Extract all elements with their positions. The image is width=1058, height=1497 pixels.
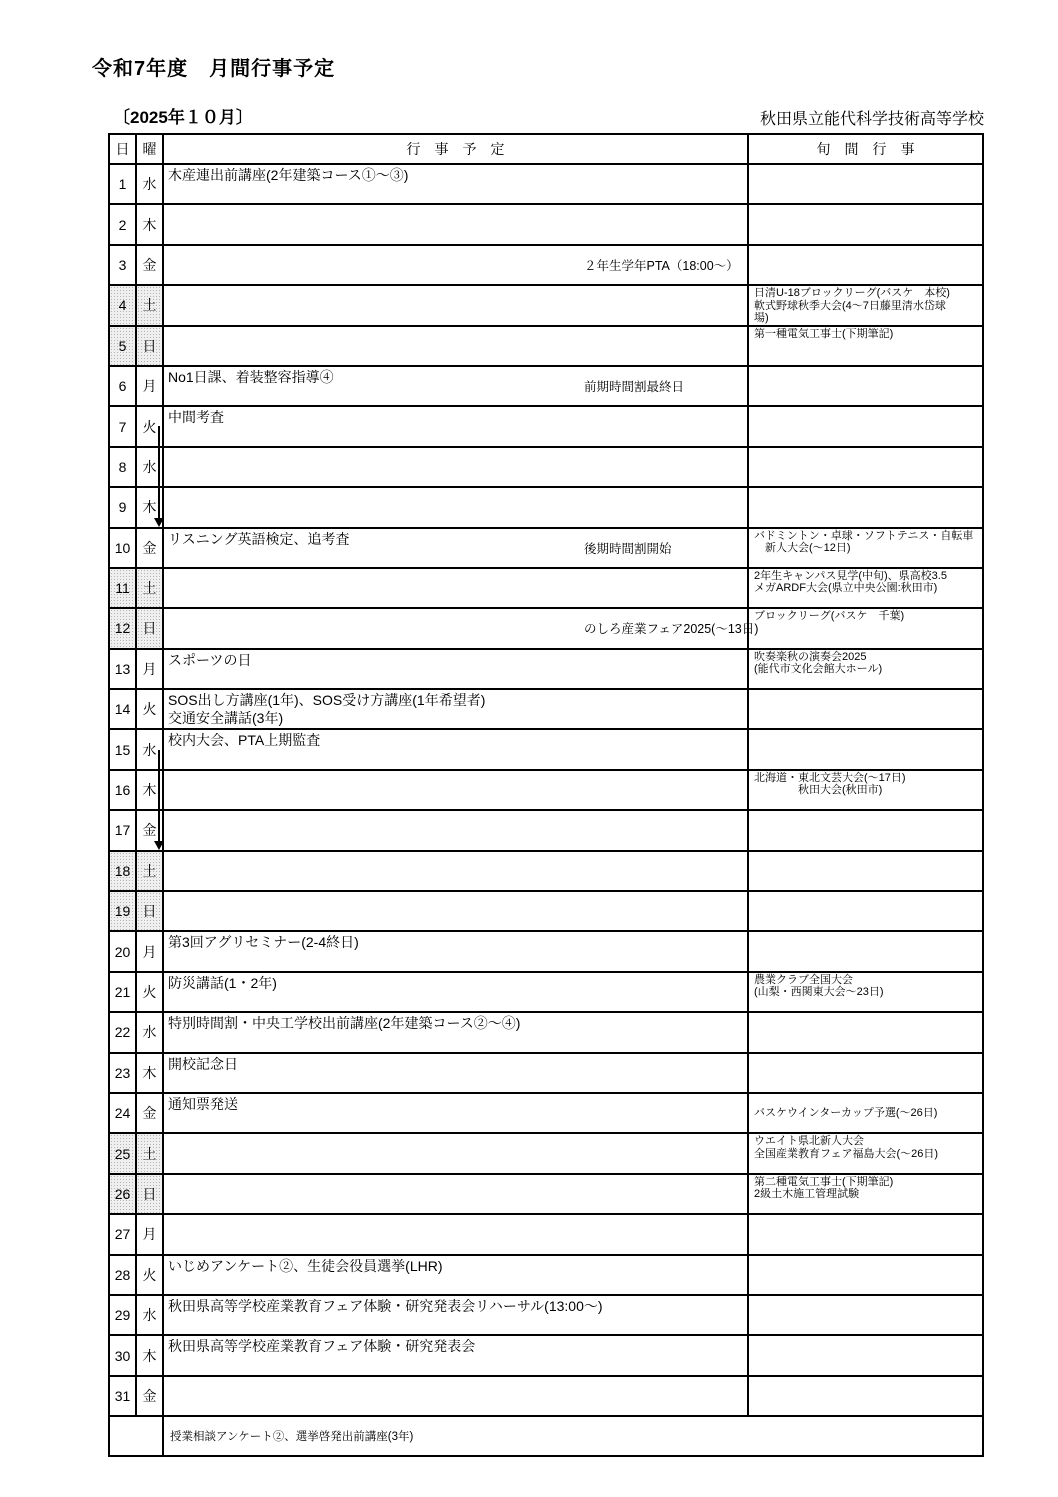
event-line: 防災講話(1・2年) xyxy=(168,974,745,992)
period-event-cell: 第一種電気工事士(下期筆記) xyxy=(749,327,982,365)
table-row: 19日 xyxy=(110,892,982,932)
event-text: 校内大会、PTA上期監査 xyxy=(164,730,747,749)
weekday-cell: 日 xyxy=(137,609,164,647)
weekday-cell: 月 xyxy=(137,1215,164,1253)
period-event-line: 軟式野球秋季大会(4～7日藤里清水岱球 xyxy=(754,300,980,312)
weekday-cell: 火 xyxy=(137,1256,164,1294)
period-event-line: 2年生キャンパス見学(中旬)、県高校3.5 xyxy=(754,570,980,582)
schedule-table: 日 曜 行 事 予 定 旬 間 行 事 1水木産連出前講座(2年建築コース①～③… xyxy=(108,133,984,1457)
period-event-line xyxy=(754,1095,980,1107)
event-cell xyxy=(164,1175,749,1213)
day-cell: 18 xyxy=(110,852,137,890)
event-note: 前期時間割最終日 xyxy=(584,377,684,395)
table-row: 17金 xyxy=(110,811,982,851)
event-line: 校内大会、PTA上期監査 xyxy=(168,731,745,749)
period-event-cell xyxy=(749,1377,982,1415)
day-cell: 25 xyxy=(110,1134,137,1172)
table-row: 23木開校記念日 xyxy=(110,1054,982,1094)
event-line: いじめアンケート②、生徒会役員選挙(LHR) xyxy=(168,1257,745,1275)
event-cell xyxy=(164,1134,749,1172)
event-text: 防災講話(1・2年) xyxy=(164,973,747,992)
weekday-cell: 水 xyxy=(137,1013,164,1051)
weekday-cell: 土 xyxy=(137,286,164,324)
table-row: 18土 xyxy=(110,852,982,892)
table-row: 5日第一種電気工事士(下期筆記) xyxy=(110,327,982,367)
period-event-line: メガARDF大会(県立中央公園:秋田市) xyxy=(754,582,980,594)
event-cell: SOS出し方講座(1年)、SOS受け方講座(1年希望者)交通安全講話(3年) xyxy=(164,690,749,728)
weekday-cell: 木 xyxy=(137,488,164,526)
weekday-cell: 火 xyxy=(137,973,164,1011)
period-event-cell: ブロックリーグ(バスケ 千葉) xyxy=(749,609,982,647)
footer-note: 授業相談アンケート②、選挙啓発出前講座(3年) xyxy=(164,1417,982,1455)
table-row: 26日第二種電気工事士(下期筆記)2級土木施工管理試験 xyxy=(110,1175,982,1215)
day-cell: 20 xyxy=(110,932,137,970)
table-row: 1水木産連出前講座(2年建築コース①～③) xyxy=(110,165,982,205)
event-note: 後期時間割開始 xyxy=(584,539,672,557)
event-cell xyxy=(164,448,749,486)
period-event-line: 日清U-18ブロックリーグ(バスケ 本校) xyxy=(754,287,980,299)
period-event-text: 第二種電気工事士(下期筆記)2級土木施工管理試験 xyxy=(749,1175,982,1201)
event-line: 中間考査 xyxy=(168,408,745,426)
table-row: 20月第3回アグリセミナー(2-4終日) xyxy=(110,932,982,972)
period-event-line: 第一種電気工事士(下期筆記) xyxy=(754,328,980,340)
event-cell: 木産連出前講座(2年建築コース①～③) xyxy=(164,165,749,203)
day-cell: 2 xyxy=(110,205,137,243)
day-cell: 13 xyxy=(110,650,137,688)
period-event-line: (能代市文化会館大ホール) xyxy=(754,663,980,675)
period-event-cell xyxy=(749,811,982,849)
period-event-line: ウエイト県北新人大会 xyxy=(754,1135,980,1147)
period-event-cell xyxy=(749,852,982,890)
table-row: 8水 xyxy=(110,448,982,488)
event-cell xyxy=(164,892,749,930)
table-row: 6月No1日課、着装整容指導④前期時間割最終日 xyxy=(110,367,982,407)
event-text: 通知票発送 xyxy=(164,1094,747,1113)
period-event-cell xyxy=(749,1296,982,1334)
event-line: 木産連出前講座(2年建築コース①～③) xyxy=(168,166,745,184)
event-note: ２年生学年PTA（18:00～） xyxy=(584,256,739,274)
period-event-cell xyxy=(749,932,982,970)
period-event-cell: バスケウインターカップ予選(～26日) xyxy=(749,1094,982,1132)
month-label: 〔2025年１０月〕 xyxy=(113,103,253,128)
event-cell: 開校記念日 xyxy=(164,1054,749,1092)
day-cell: 28 xyxy=(110,1256,137,1294)
period-event-line: ブロックリーグ(バスケ 千葉) xyxy=(754,610,980,622)
event-cell xyxy=(164,205,749,243)
weekday-cell: 火 xyxy=(137,690,164,728)
event-text: 第3回アグリセミナー(2-4終日) xyxy=(164,932,747,951)
event-text: スポーツの日 xyxy=(164,650,747,669)
day-cell: 30 xyxy=(110,1336,137,1374)
day-cell: 19 xyxy=(110,892,137,930)
table-row: 25土ウエイト県北新人大会全国産業教育フェア福島大会(～26日) xyxy=(110,1134,982,1174)
weekday-cell: 金 xyxy=(137,246,164,284)
period-event-line: 北海道・東北文芸大会(～17日) xyxy=(754,772,980,784)
period-event-cell: 吹奏楽秋の演奏会2025(能代市文化会館大ホール) xyxy=(749,650,982,688)
day-cell: 3 xyxy=(110,246,137,284)
weekday-cell: 日 xyxy=(137,327,164,365)
event-cell: 中間考査 xyxy=(164,407,749,445)
footer-left-cell xyxy=(110,1417,164,1455)
period-event-cell xyxy=(749,690,982,728)
event-note: のしろ産業フェア2025(～13日) xyxy=(584,619,758,637)
weekday-cell: 木 xyxy=(137,771,164,809)
event-cell xyxy=(164,1215,749,1253)
weekday-cell: 金 xyxy=(137,1377,164,1415)
event-line: 秋田県高等学校産業教育フェア体験・研究発表会リハーサル(13:00～) xyxy=(168,1297,745,1315)
day-cell: 11 xyxy=(110,569,137,607)
period-event-line: 農業クラブ全国大会 xyxy=(754,974,980,986)
weekday-cell: 月 xyxy=(137,367,164,405)
event-text: いじめアンケート②、生徒会役員選挙(LHR) xyxy=(164,1256,747,1275)
event-cell: スポーツの日 xyxy=(164,650,749,688)
period-event-cell xyxy=(749,892,982,930)
weekday-cell: 木 xyxy=(137,1054,164,1092)
table-row: 31金 xyxy=(110,1377,982,1417)
table-row: 11土2年生キャンパス見学(中旬)、県高校3.5メガARDF大会(県立中央公園:… xyxy=(110,569,982,609)
event-line: 特別時間割・中央工学校出前講座(2年建築コース②～④) xyxy=(168,1014,745,1032)
day-cell: 26 xyxy=(110,1175,137,1213)
day-cell: 10 xyxy=(110,529,137,567)
period-event-text: 2年生キャンパス見学(中旬)、県高校3.5メガARDF大会(県立中央公園:秋田市… xyxy=(749,569,982,595)
weekday-cell: 土 xyxy=(137,852,164,890)
weekday-cell: 日 xyxy=(137,892,164,930)
day-cell: 12 xyxy=(110,609,137,647)
period-event-cell xyxy=(749,205,982,243)
weekday-cell: 土 xyxy=(137,1134,164,1172)
table-header-row: 日 曜 行 事 予 定 旬 間 行 事 xyxy=(110,135,982,165)
day-cell: 24 xyxy=(110,1094,137,1132)
table-row: 4土日清U-18ブロックリーグ(バスケ 本校)軟式野球秋季大会(4～7日藤里清水… xyxy=(110,286,982,326)
period-event-line: バスケウインターカップ予選(～26日) xyxy=(754,1107,980,1119)
event-cell: 秋田県高等学校産業教育フェア体験・研究発表会 xyxy=(164,1336,749,1374)
period-event-cell: 北海道・東北文芸大会(～17日) 秋田大会(秋田市) xyxy=(749,771,982,809)
school-name: 秋田県立能代科学技術高等学校 xyxy=(760,106,984,129)
header-weekday: 曜 xyxy=(137,135,164,163)
event-cell: 防災講話(1・2年) xyxy=(164,973,749,1011)
table-row: 13月スポーツの日吹奏楽秋の演奏会2025(能代市文化会館大ホール) xyxy=(110,650,982,690)
day-cell: 31 xyxy=(110,1377,137,1415)
event-cell xyxy=(164,1377,749,1415)
day-cell: 15 xyxy=(110,730,137,768)
day-cell: 6 xyxy=(110,367,137,405)
event-text: 開校記念日 xyxy=(164,1054,747,1073)
table-row: 2木 xyxy=(110,205,982,245)
day-cell: 9 xyxy=(110,488,137,526)
event-line: 交通安全講話(3年) xyxy=(168,709,745,727)
period-event-text: 北海道・東北文芸大会(～17日) 秋田大会(秋田市) xyxy=(749,771,982,797)
table-row: 22水特別時間割・中央工学校出前講座(2年建築コース②～④) xyxy=(110,1013,982,1053)
day-cell: 27 xyxy=(110,1215,137,1253)
period-event-cell: 2年生キャンパス見学(中旬)、県高校3.5メガARDF大会(県立中央公園:秋田市… xyxy=(749,569,982,607)
event-line: スポーツの日 xyxy=(168,651,745,669)
day-cell: 1 xyxy=(110,165,137,203)
event-cell xyxy=(164,569,749,607)
table-row: 29水秋田県高等学校産業教育フェア体験・研究発表会リハーサル(13:00～) xyxy=(110,1296,982,1336)
table-row: 7火中間考査 xyxy=(110,407,982,447)
period-event-text: 日清U-18ブロックリーグ(バスケ 本校)軟式野球秋季大会(4～7日藤里清水岱球… xyxy=(749,286,982,324)
table-row: 30木秋田県高等学校産業教育フェア体験・研究発表会 xyxy=(110,1336,982,1376)
day-cell: 23 xyxy=(110,1054,137,1092)
period-event-cell: 農業クラブ全国大会(山梨・西関東大会～23日) xyxy=(749,973,982,1011)
weekday-cell: 水 xyxy=(137,730,164,768)
event-text: 秋田県高等学校産業教育フェア体験・研究発表会 xyxy=(164,1336,747,1355)
period-event-cell: 日清U-18ブロックリーグ(バスケ 本校)軟式野球秋季大会(4～7日藤里清水岱球… xyxy=(749,286,982,324)
event-cell xyxy=(164,327,749,365)
weekday-cell: 木 xyxy=(137,1336,164,1374)
weekday-cell: 金 xyxy=(137,1094,164,1132)
event-line: 開校記念日 xyxy=(168,1055,745,1073)
day-cell: 17 xyxy=(110,811,137,849)
period-event-line: 新人大会(～12日) xyxy=(754,542,980,554)
table-row: 14火SOS出し方講座(1年)、SOS受け方講座(1年希望者)交通安全講話(3年… xyxy=(110,690,982,730)
table-row: 12日のしろ産業フェア2025(～13日)ブロックリーグ(バスケ 千葉) xyxy=(110,609,982,649)
table-row: 3金２年生学年PTA（18:00～） xyxy=(110,246,982,286)
weekday-cell: 金 xyxy=(137,811,164,849)
event-line: 第3回アグリセミナー(2-4終日) xyxy=(168,933,745,951)
period-event-line: 秋田大会(秋田市) xyxy=(754,784,980,796)
period-event-cell xyxy=(749,730,982,768)
table-row: 16木北海道・東北文芸大会(～17日) 秋田大会(秋田市) xyxy=(110,771,982,811)
calendar-rows: 1水木産連出前講座(2年建築コース①～③)2木3金２年生学年PTA（18:00～… xyxy=(110,165,982,1417)
weekday-cell: 水 xyxy=(137,1296,164,1334)
period-event-line: 第二種電気工事士(下期筆記) xyxy=(754,1176,980,1188)
table-footer-row: 授業相談アンケート②、選挙啓発出前講座(3年) xyxy=(110,1417,982,1455)
event-cell xyxy=(164,286,749,324)
period-event-cell xyxy=(749,1256,982,1294)
period-event-text: ブロックリーグ(バスケ 千葉) xyxy=(749,609,982,622)
event-text: 中間考査 xyxy=(164,407,747,426)
day-cell: 4 xyxy=(110,286,137,324)
table-row: 27月 xyxy=(110,1215,982,1255)
day-cell: 8 xyxy=(110,448,137,486)
event-cell: いじめアンケート②、生徒会役員選挙(LHR) xyxy=(164,1256,749,1294)
weekday-cell: 火 xyxy=(137,407,164,445)
period-event-cell: バドミントン・卓球・ソフトテニス・自転車 新人大会(～12日) xyxy=(749,529,982,567)
table-row: 24金通知票発送 バスケウインターカップ予選(～26日) xyxy=(110,1094,982,1134)
period-event-line: 吹奏楽秋の演奏会2025 xyxy=(754,651,980,663)
period-event-cell xyxy=(749,367,982,405)
event-cell: 特別時間割・中央工学校出前講座(2年建築コース②～④) xyxy=(164,1013,749,1051)
page-title: 令和7年度 月間行事予定 xyxy=(92,52,335,81)
period-event-cell xyxy=(749,488,982,526)
table-row: 28火いじめアンケート②、生徒会役員選挙(LHR) xyxy=(110,1256,982,1296)
day-cell: 22 xyxy=(110,1013,137,1051)
period-event-line: バドミントン・卓球・ソフトテニス・自転車 xyxy=(754,530,980,542)
event-cell: 秋田県高等学校産業教育フェア体験・研究発表会リハーサル(13:00～) xyxy=(164,1296,749,1334)
event-text: 特別時間割・中央工学校出前講座(2年建築コース②～④) xyxy=(164,1013,747,1032)
event-cell xyxy=(164,811,749,849)
period-event-line: 2級土木施工管理試験 xyxy=(754,1188,980,1200)
event-line: 秋田県高等学校産業教育フェア体験・研究発表会 xyxy=(168,1337,745,1355)
period-event-line: (山梨・西関東大会～23日) xyxy=(754,986,980,998)
header-period-events: 旬 間 行 事 xyxy=(749,135,982,163)
table-row: 9木 xyxy=(110,488,982,528)
event-text: 秋田県高等学校産業教育フェア体験・研究発表会リハーサル(13:00～) xyxy=(164,1296,747,1315)
header-day: 日 xyxy=(110,135,137,163)
day-cell: 16 xyxy=(110,771,137,809)
table-row: 21火防災講話(1・2年)農業クラブ全国大会(山梨・西関東大会～23日) xyxy=(110,973,982,1013)
event-cell: リスニング英語検定、追考査後期時間割開始 xyxy=(164,529,749,567)
header-events: 行 事 予 定 xyxy=(164,135,749,163)
event-text: 木産連出前講座(2年建築コース①～③) xyxy=(164,165,747,184)
table-row: 15水校内大会、PTA上期監査 xyxy=(110,730,982,770)
period-event-cell: ウエイト県北新人大会全国産業教育フェア福島大会(～26日) xyxy=(749,1134,982,1172)
event-line: 通知票発送 xyxy=(168,1095,745,1113)
weekday-cell: 木 xyxy=(137,205,164,243)
period-event-text: 吹奏楽秋の演奏会2025(能代市文化会館大ホール) xyxy=(749,650,982,676)
event-cell: 校内大会、PTA上期監査 xyxy=(164,730,749,768)
period-event-text: ウエイト県北新人大会全国産業教育フェア福島大会(～26日) xyxy=(749,1134,982,1160)
weekday-cell: 月 xyxy=(137,932,164,970)
period-event-line: 全国産業教育フェア福島大会(～26日) xyxy=(754,1148,980,1160)
period-event-cell xyxy=(749,1054,982,1092)
event-line: SOS出し方講座(1年)、SOS受け方講座(1年希望者) xyxy=(168,691,745,709)
period-event-cell xyxy=(749,1215,982,1253)
weekday-cell: 土 xyxy=(137,569,164,607)
weekday-cell: 水 xyxy=(137,165,164,203)
event-cell: No1日課、着装整容指導④前期時間割最終日 xyxy=(164,367,749,405)
event-text: SOS出し方講座(1年)、SOS受け方講座(1年希望者)交通安全講話(3年) xyxy=(164,690,747,727)
period-event-cell xyxy=(749,1336,982,1374)
weekday-cell: 金 xyxy=(137,529,164,567)
day-cell: 21 xyxy=(110,973,137,1011)
event-cell: ２年生学年PTA（18:00～） xyxy=(164,246,749,284)
event-cell: 通知票発送 xyxy=(164,1094,749,1132)
period-event-text: バスケウインターカップ予選(～26日) xyxy=(749,1094,982,1120)
event-cell xyxy=(164,488,749,526)
day-cell: 14 xyxy=(110,690,137,728)
event-cell xyxy=(164,771,749,809)
period-event-cell xyxy=(749,165,982,203)
period-event-cell xyxy=(749,407,982,445)
schedule-page: 令和7年度 月間行事予定 〔2025年１０月〕 秋田県立能代科学技術高等学校 日… xyxy=(0,0,1058,1497)
event-cell: のしろ産業フェア2025(～13日) xyxy=(164,609,749,647)
day-cell: 29 xyxy=(110,1296,137,1334)
event-cell: 第3回アグリセミナー(2-4終日) xyxy=(164,932,749,970)
period-event-text: バドミントン・卓球・ソフトテニス・自転車 新人大会(～12日) xyxy=(749,529,982,555)
day-cell: 7 xyxy=(110,407,137,445)
table-row: 10金リスニング英語検定、追考査後期時間割開始バドミントン・卓球・ソフトテニス・… xyxy=(110,529,982,569)
weekday-cell: 水 xyxy=(137,448,164,486)
period-event-cell xyxy=(749,448,982,486)
weekday-cell: 月 xyxy=(137,650,164,688)
period-event-cell: 第二種電気工事士(下期筆記)2級土木施工管理試験 xyxy=(749,1175,982,1213)
period-event-line: 場) xyxy=(754,312,980,324)
day-cell: 5 xyxy=(110,327,137,365)
period-event-text: 農業クラブ全国大会(山梨・西関東大会～23日) xyxy=(749,973,982,999)
period-event-cell xyxy=(749,1013,982,1051)
event-cell xyxy=(164,852,749,890)
weekday-cell: 日 xyxy=(137,1175,164,1213)
period-event-cell xyxy=(749,246,982,284)
period-event-text: 第一種電気工事士(下期筆記) xyxy=(749,327,982,340)
